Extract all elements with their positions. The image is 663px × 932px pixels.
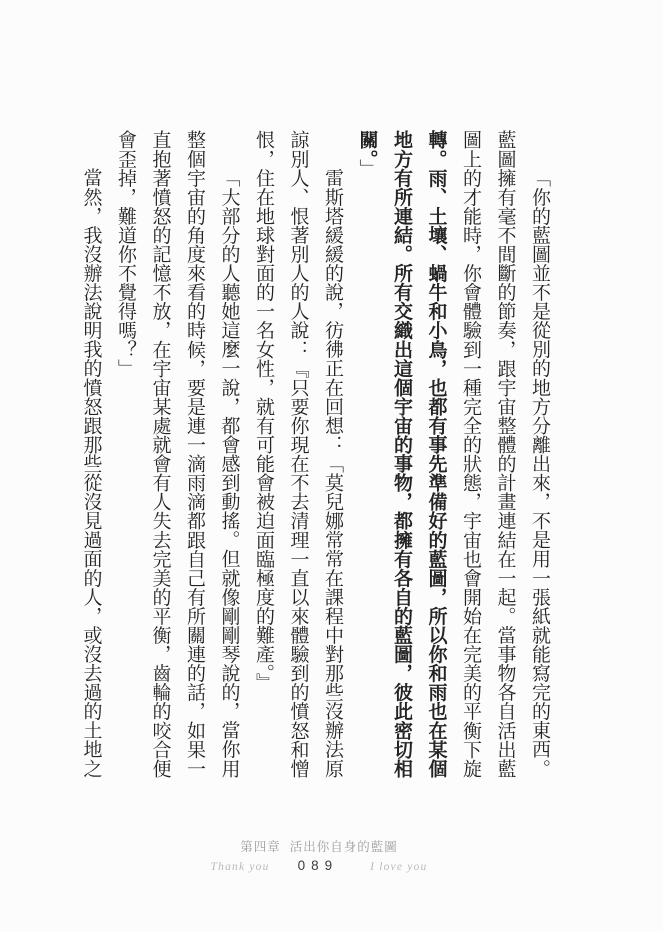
book-page: 「你的藍圖並不是從別的地方分離出來，不是用一張紙就能寫完的東西。藍圖擁有毫不間斷… xyxy=(0,0,663,932)
paragraph-most-people: 「大部分的人聽她這麼一說，都會感到動搖。但就像剛剛琴說的，當你用整個宇宙的角度來… xyxy=(108,130,246,778)
paragraph-of-course: 當然，我沒辦法說明我的憤怒跟那些從沒見過面的人，或沒去過的土地之 xyxy=(73,130,108,778)
page-number: 089 xyxy=(298,859,339,873)
chapter-number: 第四章 xyxy=(240,840,281,854)
chapter-heading: 第四章活出你自身的藍圖 xyxy=(0,840,638,854)
paragraph-blueprint-quote: 「你的藍圖並不是從別的地方分離出來，不是用一張紙就能寫完的東西。藍圖擁有毫不間斷… xyxy=(349,130,556,778)
chapter-title: 活出你自身的藍圖 xyxy=(290,840,398,854)
page-footer: 第四章活出你自身的藍圖 Thank you 089 I love you xyxy=(0,840,638,874)
motto-i-love-you: I love you xyxy=(370,860,427,874)
page-number-row: Thank you 089 I love you xyxy=(0,859,638,874)
motto-thank-you: Thank you xyxy=(211,860,270,874)
paragraph-restar-speaks: 雷斯塔緩緩的說，彷彿正在回想：「莫兒娜常常在課程中對那些沒辦法原諒別人、恨著別人… xyxy=(246,130,350,778)
quote-bold-emphasis: 轉。雨、土壤、蝸牛和小鳥，也都有事先準備好的藍圖，所以你和雨也在某個地方有所連結… xyxy=(357,130,447,778)
quote-regular-lead: 「你的藍圖並不是從別的地方分離出來，不是用一張紙就能寫完的東西。藍圖擁有毫不間斷… xyxy=(460,130,550,778)
body-text: 「你的藍圖並不是從別的地方分離出來，不是用一張紙就能寫完的東西。藍圖擁有毫不間斷… xyxy=(73,130,556,778)
quote-closing-bracket: 」 xyxy=(357,159,378,178)
